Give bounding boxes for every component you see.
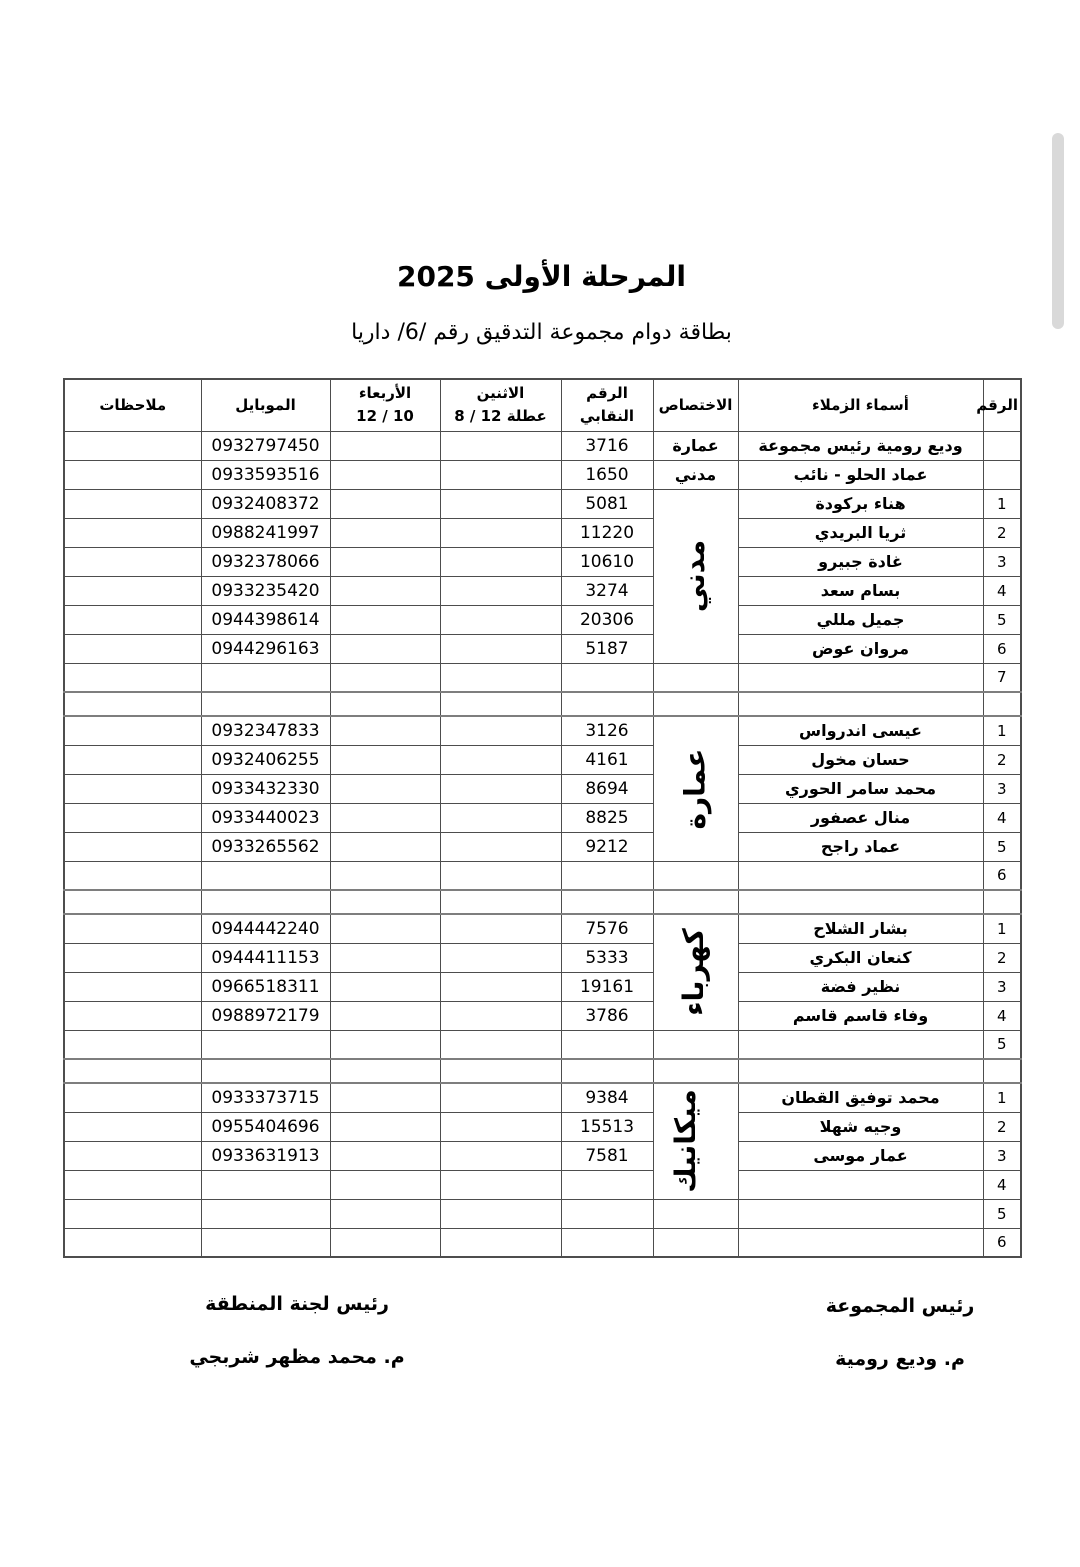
cell-wednesday-attendance bbox=[330, 576, 440, 605]
table-row: 2ثريا البريدي112200988241997 bbox=[64, 518, 1021, 547]
union-header-line1: الرقم bbox=[564, 382, 651, 405]
col-header-notes: ملاحظات bbox=[64, 379, 201, 431]
cell-union-number: 5333 bbox=[561, 943, 653, 972]
cell-notes bbox=[64, 489, 201, 518]
cell-colleague-name: عيسى اندرواس bbox=[738, 716, 983, 745]
cell-wednesday-attendance bbox=[330, 745, 440, 774]
col-header-mobile: الموبايل bbox=[201, 379, 330, 431]
district-committee-signature: رئيس لجنة المنطقة م. محمد مظهر شربجي bbox=[172, 1293, 422, 1368]
cell-monday-attendance bbox=[440, 663, 561, 692]
cell-mobile: 0944296163 bbox=[201, 634, 330, 663]
cell-monday-attendance bbox=[440, 692, 561, 716]
district-committee-title: رئيس لجنة المنطقة bbox=[205, 1293, 389, 1315]
cell-row-number bbox=[983, 692, 1021, 716]
cell-colleague-name bbox=[738, 1170, 983, 1199]
cell-notes bbox=[64, 803, 201, 832]
cell-colleague-name: عماد الحلو - نائب bbox=[738, 460, 983, 489]
cell-notes bbox=[64, 972, 201, 1001]
cell-mobile: 0933373715 bbox=[201, 1083, 330, 1112]
monday-header-day: الاثنين bbox=[443, 382, 559, 405]
cell-notes bbox=[64, 832, 201, 861]
cell-mobile: 0932347833 bbox=[201, 716, 330, 745]
scrollbar-thumb[interactable] bbox=[1052, 133, 1064, 329]
cell-wednesday-attendance bbox=[330, 832, 440, 861]
cell-mobile bbox=[201, 1059, 330, 1083]
cell-mobile: 0932378066 bbox=[201, 547, 330, 576]
cell-row-number: 1 bbox=[983, 1083, 1021, 1112]
cell-row-number: 3 bbox=[983, 774, 1021, 803]
cell-colleague-name: وجيه شهلا bbox=[738, 1112, 983, 1141]
specialty-vertical-label: كهرباء bbox=[680, 928, 708, 1016]
col-header-wednesday: الأربعاء 12 / 10 bbox=[330, 379, 440, 431]
cell-notes bbox=[64, 861, 201, 890]
cell-specialty: مدني bbox=[653, 460, 738, 489]
cell-specialty: عمارة bbox=[653, 431, 738, 460]
cell-specialty bbox=[653, 1228, 738, 1257]
table-row: عماد الحلو - نائبمدني16500933593516 bbox=[64, 460, 1021, 489]
cell-monday-attendance bbox=[440, 1083, 561, 1112]
cell-row-number: 2 bbox=[983, 943, 1021, 972]
cell-row-number: 4 bbox=[983, 1001, 1021, 1030]
cell-colleague-name: محمد توفيق القطان bbox=[738, 1083, 983, 1112]
col-header-number: الرقم bbox=[983, 379, 1021, 431]
cell-mobile: 0944442240 bbox=[201, 914, 330, 943]
cell-colleague-name bbox=[738, 692, 983, 716]
cell-notes bbox=[64, 1199, 201, 1228]
cell-row-number: 5 bbox=[983, 1199, 1021, 1228]
cell-mobile: 0988972179 bbox=[201, 1001, 330, 1030]
cell-notes bbox=[64, 1001, 201, 1030]
table-row: 6 bbox=[64, 1228, 1021, 1257]
table-row: 1محمد توفيق القطانميكانيك93840933373715 bbox=[64, 1083, 1021, 1112]
document-page: { "doc": { "title": "المرحلة الأولى 2025… bbox=[0, 0, 1080, 1567]
cell-specialty: مدني bbox=[653, 489, 738, 663]
cell-row-number: 2 bbox=[983, 518, 1021, 547]
cell-union-number: 4161 bbox=[561, 745, 653, 774]
cell-union-number: 3126 bbox=[561, 716, 653, 745]
cell-notes bbox=[64, 1141, 201, 1170]
table-row: 5جميل مللي203060944398614 bbox=[64, 605, 1021, 634]
cell-union-number: 9212 bbox=[561, 832, 653, 861]
cell-mobile bbox=[201, 1170, 330, 1199]
cell-wednesday-attendance bbox=[330, 547, 440, 576]
table-row: 7 bbox=[64, 663, 1021, 692]
cell-specialty bbox=[653, 890, 738, 914]
cell-mobile: 0932406255 bbox=[201, 745, 330, 774]
cell-mobile bbox=[201, 1030, 330, 1059]
cell-monday-attendance bbox=[440, 832, 561, 861]
cell-monday-attendance bbox=[440, 716, 561, 745]
cell-monday-attendance bbox=[440, 774, 561, 803]
cell-wednesday-attendance bbox=[330, 716, 440, 745]
cell-wednesday-attendance bbox=[330, 972, 440, 1001]
cell-notes bbox=[64, 1030, 201, 1059]
cell-row-number: 5 bbox=[983, 1030, 1021, 1059]
cell-notes bbox=[64, 1228, 201, 1257]
table-row: 4وفاء قاسم قاسم37860988972179 bbox=[64, 1001, 1021, 1030]
specialty-vertical-label: مدني bbox=[681, 540, 709, 612]
cell-monday-attendance bbox=[440, 745, 561, 774]
cell-colleague-name: محمد سامر الحوري bbox=[738, 774, 983, 803]
cell-mobile: 0932408372 bbox=[201, 489, 330, 518]
cell-mobile: 0933440023 bbox=[201, 803, 330, 832]
cell-row-number: 6 bbox=[983, 861, 1021, 890]
cell-monday-attendance bbox=[440, 914, 561, 943]
cell-row-number bbox=[983, 1059, 1021, 1083]
cell-mobile: 0933593516 bbox=[201, 460, 330, 489]
cell-row-number: 2 bbox=[983, 1112, 1021, 1141]
cell-wednesday-attendance bbox=[330, 1001, 440, 1030]
cell-union-number bbox=[561, 1228, 653, 1257]
table-row: 6 bbox=[64, 861, 1021, 890]
table-row: 1عيسى اندرواسعمارة31260932347833 bbox=[64, 716, 1021, 745]
col-header-colleague-names: أسماء الزملاء bbox=[738, 379, 983, 431]
group-leader-name: م. وديع رومية bbox=[785, 1348, 1015, 1370]
cell-union-number: 7576 bbox=[561, 914, 653, 943]
cell-union-number bbox=[561, 663, 653, 692]
cell-union-number: 3716 bbox=[561, 431, 653, 460]
cell-union-number: 20306 bbox=[561, 605, 653, 634]
table-row: 1هناء بركودةمدني50810932408372 bbox=[64, 489, 1021, 518]
cell-colleague-name: مروان عوض bbox=[738, 634, 983, 663]
cell-union-number: 9384 bbox=[561, 1083, 653, 1112]
table-row: 4بسام سعد32740933235420 bbox=[64, 576, 1021, 605]
cell-specialty bbox=[653, 692, 738, 716]
cell-colleague-name bbox=[738, 890, 983, 914]
cell-row-number: 1 bbox=[983, 716, 1021, 745]
cell-mobile: 0955404696 bbox=[201, 1112, 330, 1141]
cell-notes bbox=[64, 1083, 201, 1112]
cell-monday-attendance bbox=[440, 1199, 561, 1228]
page-subtitle: بطاقة دوام مجموعة التدقيق رقم /6/ داريا bbox=[63, 320, 1020, 345]
cell-row-number: 3 bbox=[983, 547, 1021, 576]
cell-specialty: عمارة bbox=[653, 716, 738, 861]
cell-row-number: 5 bbox=[983, 605, 1021, 634]
cell-wednesday-attendance bbox=[330, 861, 440, 890]
cell-row-number: 3 bbox=[983, 1141, 1021, 1170]
cell-specialty bbox=[653, 1059, 738, 1083]
cell-monday-attendance bbox=[440, 431, 561, 460]
cell-union-number bbox=[561, 1059, 653, 1083]
table-row: 3عمار موسى75810933631913 bbox=[64, 1141, 1021, 1170]
cell-colleague-name: عمار موسى bbox=[738, 1141, 983, 1170]
cell-mobile bbox=[201, 1199, 330, 1228]
table-row: وديع رومية رئيس مجموعةعمارة3716093279745… bbox=[64, 431, 1021, 460]
cell-notes bbox=[64, 460, 201, 489]
cell-monday-attendance bbox=[440, 518, 561, 547]
cell-colleague-name bbox=[738, 663, 983, 692]
cell-notes bbox=[64, 692, 201, 716]
cell-mobile: 0933265562 bbox=[201, 832, 330, 861]
cell-specialty bbox=[653, 1030, 738, 1059]
cell-wednesday-attendance bbox=[330, 605, 440, 634]
cell-row-number: 3 bbox=[983, 972, 1021, 1001]
cell-row-number: 6 bbox=[983, 634, 1021, 663]
cell-specialty bbox=[653, 1199, 738, 1228]
cell-colleague-name: جميل مللي bbox=[738, 605, 983, 634]
cell-monday-attendance bbox=[440, 1030, 561, 1059]
table-row: 1بشار الشلاحكهرباء75760944442240 bbox=[64, 914, 1021, 943]
cell-notes bbox=[64, 605, 201, 634]
cell-monday-attendance bbox=[440, 1059, 561, 1083]
col-header-monday: الاثنين 8 / 12 عطلة bbox=[440, 379, 561, 431]
cell-colleague-name: نظير فضة bbox=[738, 972, 983, 1001]
cell-colleague-name bbox=[738, 861, 983, 890]
cell-monday-attendance bbox=[440, 547, 561, 576]
cell-union-number: 11220 bbox=[561, 518, 653, 547]
header-row: الرقم أسماء الزملاء الاختصاص الرقم النقا… bbox=[64, 379, 1021, 431]
group-leader-title: رئيس المجموعة bbox=[826, 1295, 975, 1317]
cell-monday-attendance bbox=[440, 1112, 561, 1141]
cell-union-number: 1650 bbox=[561, 460, 653, 489]
cell-colleague-name: وديع رومية رئيس مجموعة bbox=[738, 431, 983, 460]
cell-wednesday-attendance bbox=[330, 890, 440, 914]
cell-monday-attendance bbox=[440, 1228, 561, 1257]
cell-colleague-name: منال عصفور bbox=[738, 803, 983, 832]
table-row: 5عماد راجح92120933265562 bbox=[64, 832, 1021, 861]
cell-monday-attendance bbox=[440, 489, 561, 518]
cell-specialty: ميكانيك bbox=[653, 1083, 738, 1199]
cell-union-number: 8825 bbox=[561, 803, 653, 832]
cell-row-number: 2 bbox=[983, 745, 1021, 774]
cell-wednesday-attendance bbox=[330, 489, 440, 518]
cell-row-number: 4 bbox=[983, 803, 1021, 832]
cell-row-number bbox=[983, 431, 1021, 460]
cell-union-number bbox=[561, 1030, 653, 1059]
cell-wednesday-attendance bbox=[330, 634, 440, 663]
table-row: 4 bbox=[64, 1170, 1021, 1199]
cell-row-number: 1 bbox=[983, 489, 1021, 518]
table-row: 2كنعان البكري53330944411153 bbox=[64, 943, 1021, 972]
cell-specialty bbox=[653, 663, 738, 692]
table-row: 2حسان مخول41610932406255 bbox=[64, 745, 1021, 774]
spacer-row bbox=[64, 890, 1021, 914]
cell-colleague-name: وفاء قاسم قاسم bbox=[738, 1001, 983, 1030]
cell-mobile: 0933631913 bbox=[201, 1141, 330, 1170]
cell-notes bbox=[64, 518, 201, 547]
table-row: 5 bbox=[64, 1030, 1021, 1059]
cell-monday-attendance bbox=[440, 634, 561, 663]
cell-mobile bbox=[201, 1228, 330, 1257]
cell-wednesday-attendance bbox=[330, 1228, 440, 1257]
cell-notes bbox=[64, 943, 201, 972]
cell-union-number: 10610 bbox=[561, 547, 653, 576]
cell-wednesday-attendance bbox=[330, 518, 440, 547]
cell-notes bbox=[64, 716, 201, 745]
cell-wednesday-attendance bbox=[330, 1141, 440, 1170]
cell-wednesday-attendance bbox=[330, 943, 440, 972]
table-row: 6مروان عوض51870944296163 bbox=[64, 634, 1021, 663]
cell-wednesday-attendance bbox=[330, 1083, 440, 1112]
cell-union-number bbox=[561, 890, 653, 914]
cell-colleague-name bbox=[738, 1199, 983, 1228]
cell-union-number: 3786 bbox=[561, 1001, 653, 1030]
cell-colleague-name: ثريا البريدي bbox=[738, 518, 983, 547]
cell-union-number bbox=[561, 692, 653, 716]
cell-colleague-name: كنعان البكري bbox=[738, 943, 983, 972]
cell-monday-attendance bbox=[440, 1170, 561, 1199]
cell-notes bbox=[64, 547, 201, 576]
cell-notes bbox=[64, 1170, 201, 1199]
union-header-line2: النقابي bbox=[564, 405, 651, 428]
cell-wednesday-attendance bbox=[330, 774, 440, 803]
cell-monday-attendance bbox=[440, 460, 561, 489]
cell-notes bbox=[64, 576, 201, 605]
cell-monday-attendance bbox=[440, 1001, 561, 1030]
spacer-row bbox=[64, 692, 1021, 716]
specialty-vertical-label: ميكانيك bbox=[672, 1089, 700, 1193]
cell-row-number: 5 bbox=[983, 832, 1021, 861]
cell-union-number: 5187 bbox=[561, 634, 653, 663]
cell-union-number: 8694 bbox=[561, 774, 653, 803]
cell-mobile: 0988241997 bbox=[201, 518, 330, 547]
cell-union-number bbox=[561, 861, 653, 890]
cell-monday-attendance bbox=[440, 943, 561, 972]
cell-notes bbox=[64, 663, 201, 692]
cell-notes bbox=[64, 1059, 201, 1083]
cell-mobile: 0932797450 bbox=[201, 431, 330, 460]
table-row: 3غادة جبيرو106100932378066 bbox=[64, 547, 1021, 576]
col-header-union-number: الرقم النقابي bbox=[561, 379, 653, 431]
cell-row-number: 7 bbox=[983, 663, 1021, 692]
attendance-table: الرقم أسماء الزملاء الاختصاص الرقم النقا… bbox=[63, 378, 1022, 1258]
cell-union-number bbox=[561, 1170, 653, 1199]
cell-colleague-name: غادة جبيرو bbox=[738, 547, 983, 576]
cell-row-number: 6 bbox=[983, 1228, 1021, 1257]
table-row: 4منال عصفور88250933440023 bbox=[64, 803, 1021, 832]
wednesday-header-day: الأربعاء bbox=[333, 382, 438, 405]
cell-wednesday-attendance bbox=[330, 1112, 440, 1141]
cell-wednesday-attendance bbox=[330, 431, 440, 460]
spacer-row bbox=[64, 1059, 1021, 1083]
cell-mobile: 0933432330 bbox=[201, 774, 330, 803]
cell-notes bbox=[64, 431, 201, 460]
cell-colleague-name: بسام سعد bbox=[738, 576, 983, 605]
cell-monday-attendance bbox=[440, 803, 561, 832]
cell-mobile: 0944398614 bbox=[201, 605, 330, 634]
cell-row-number bbox=[983, 890, 1021, 914]
cell-wednesday-attendance bbox=[330, 1030, 440, 1059]
cell-row-number: 4 bbox=[983, 1170, 1021, 1199]
cell-mobile bbox=[201, 663, 330, 692]
table-row: 3نظير فضة191610966518311 bbox=[64, 972, 1021, 1001]
cell-colleague-name: بشار الشلاح bbox=[738, 914, 983, 943]
cell-monday-attendance bbox=[440, 605, 561, 634]
cell-union-number: 5081 bbox=[561, 489, 653, 518]
table-row: 5 bbox=[64, 1199, 1021, 1228]
cell-notes bbox=[64, 890, 201, 914]
cell-row-number: 1 bbox=[983, 914, 1021, 943]
cell-notes bbox=[64, 914, 201, 943]
group-leader-signature: رئيس المجموعة م. وديع رومية bbox=[785, 1295, 1015, 1370]
page-title: المرحلة الأولى 2025 bbox=[63, 260, 1020, 293]
cell-notes bbox=[64, 745, 201, 774]
cell-mobile: 0933235420 bbox=[201, 576, 330, 605]
cell-notes bbox=[64, 1112, 201, 1141]
cell-monday-attendance bbox=[440, 972, 561, 1001]
cell-wednesday-attendance bbox=[330, 1170, 440, 1199]
monday-header-date: 8 / 12 عطلة bbox=[443, 405, 559, 428]
cell-wednesday-attendance bbox=[330, 663, 440, 692]
table-row: 3محمد سامر الحوري86940933432330 bbox=[64, 774, 1021, 803]
cell-mobile: 0966518311 bbox=[201, 972, 330, 1001]
cell-mobile bbox=[201, 861, 330, 890]
cell-specialty bbox=[653, 861, 738, 890]
cell-specialty: كهرباء bbox=[653, 914, 738, 1030]
cell-wednesday-attendance bbox=[330, 460, 440, 489]
cell-monday-attendance bbox=[440, 576, 561, 605]
cell-monday-attendance bbox=[440, 890, 561, 914]
col-header-specialty: الاختصاص bbox=[653, 379, 738, 431]
attendance-table-wrap: الرقم أسماء الزملاء الاختصاص الرقم النقا… bbox=[63, 378, 1022, 1258]
cell-union-number: 3274 bbox=[561, 576, 653, 605]
cell-union-number bbox=[561, 1199, 653, 1228]
table-row: 2وجيه شهلا155130955404696 bbox=[64, 1112, 1021, 1141]
cell-wednesday-attendance bbox=[330, 803, 440, 832]
cell-notes bbox=[64, 774, 201, 803]
cell-mobile: 0944411153 bbox=[201, 943, 330, 972]
cell-mobile bbox=[201, 890, 330, 914]
cell-wednesday-attendance bbox=[330, 1199, 440, 1228]
cell-row-number: 4 bbox=[983, 576, 1021, 605]
cell-mobile bbox=[201, 692, 330, 716]
cell-row-number bbox=[983, 460, 1021, 489]
specialty-vertical-label: عمارة bbox=[682, 748, 710, 829]
wednesday-header-date: 12 / 10 bbox=[333, 405, 438, 428]
cell-colleague-name bbox=[738, 1228, 983, 1257]
cell-colleague-name: هناء بركودة bbox=[738, 489, 983, 518]
cell-monday-attendance bbox=[440, 1141, 561, 1170]
cell-union-number: 19161 bbox=[561, 972, 653, 1001]
cell-wednesday-attendance bbox=[330, 692, 440, 716]
cell-colleague-name: عماد راجح bbox=[738, 832, 983, 861]
cell-monday-attendance bbox=[440, 861, 561, 890]
cell-wednesday-attendance bbox=[330, 1059, 440, 1083]
district-committee-name: م. محمد مظهر شربجي bbox=[172, 1346, 422, 1368]
cell-colleague-name: حسان مخول bbox=[738, 745, 983, 774]
cell-wednesday-attendance bbox=[330, 914, 440, 943]
cell-notes bbox=[64, 634, 201, 663]
cell-colleague-name bbox=[738, 1059, 983, 1083]
cell-colleague-name bbox=[738, 1030, 983, 1059]
